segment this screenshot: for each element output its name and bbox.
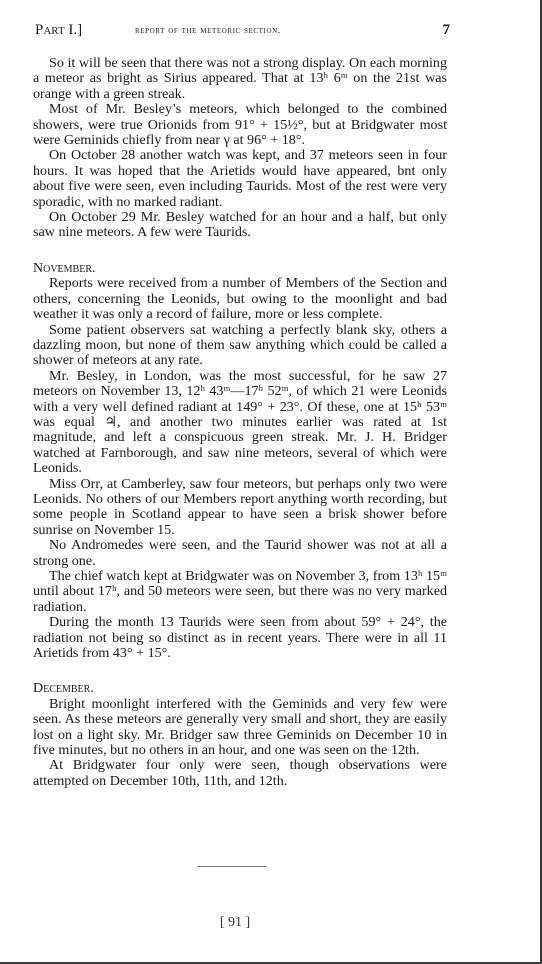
paragraph: Most of Mr. Besley’s meteors, which belo… xyxy=(33,102,447,148)
paragraph: Bright moonlight interfered with the Gem… xyxy=(33,697,447,759)
paragraph: During the month 13 Taurids were seen fr… xyxy=(33,615,447,661)
document-page: Part I.] Report of the Meteoric Section.… xyxy=(0,0,542,964)
section-heading-december: December. xyxy=(33,681,447,696)
paragraph: The chief watch kept at Bridgwater was o… xyxy=(33,569,447,615)
paragraph: At Bridgwater four only were seen, thoug… xyxy=(33,758,447,789)
paragraph: Mr. Besley, in London, was the most succ… xyxy=(33,369,447,477)
end-rule xyxy=(197,866,267,867)
paragraph: On October 29 Mr. Besley watched for an … xyxy=(33,210,447,241)
paragraph: Some patient observers sat watching a pe… xyxy=(33,323,447,369)
running-title: Report of the Meteoric Section. xyxy=(135,25,281,36)
part-label: Part I.] xyxy=(35,22,82,39)
section-heading-november: November. xyxy=(33,261,447,276)
paragraph: On October 28 another watch was kept, an… xyxy=(33,148,447,210)
folio-number: [ 91 ] xyxy=(210,915,260,931)
paragraph: Reports were received from a number of M… xyxy=(33,276,447,322)
paragraph: No Andromedes were seen, and the Taurid … xyxy=(33,538,447,569)
paragraph: Miss Orr, at Camberley, saw four meteors… xyxy=(33,477,447,539)
body-text: So it will be seen that there was not a … xyxy=(33,56,447,789)
paragraph: So it will be seen that there was not a … xyxy=(33,56,447,102)
running-header: Part I.] Report of the Meteoric Section.… xyxy=(35,22,450,42)
page-number: 7 xyxy=(443,22,451,39)
